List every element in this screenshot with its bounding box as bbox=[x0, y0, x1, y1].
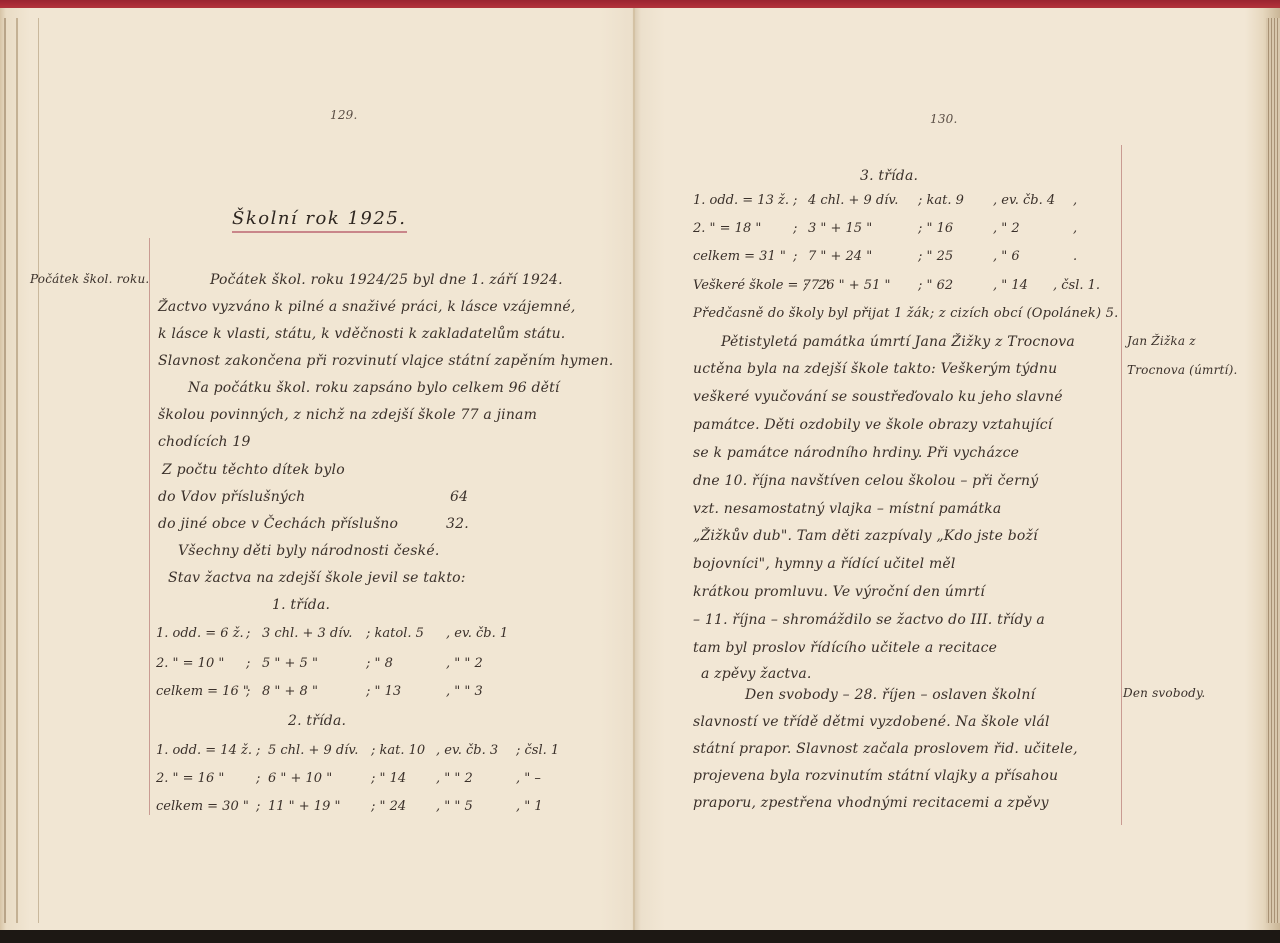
cell: Veškeré škole = 77 " bbox=[693, 278, 829, 293]
right-page: 130. 3. třída. 1. odd. = 13 ž. ; 4 chl. … bbox=[635, 8, 1280, 930]
cell: 1. odd. = 13 ž. bbox=[693, 193, 789, 208]
text-line: státní prapor. Slavnost začala proslovem… bbox=[693, 741, 1078, 757]
cell: 1. odd. = 14 ž. bbox=[156, 743, 252, 758]
cell: , " 1 bbox=[516, 799, 543, 814]
cell: 4 chl. + 9 dív. bbox=[808, 193, 898, 208]
cell: ; " 16 bbox=[918, 221, 953, 236]
cell: , ev. čb. 3 bbox=[436, 743, 498, 758]
right-margin-line bbox=[1121, 145, 1122, 825]
cell: ; " 8 bbox=[366, 656, 393, 671]
page-number-left: 129. bbox=[330, 108, 358, 122]
cell: 5 " + 5 " bbox=[262, 656, 318, 671]
left-margin-line bbox=[149, 238, 150, 815]
margin-note-freedom-day: Den svobody. bbox=[1123, 686, 1205, 700]
cell: , " 2 bbox=[993, 221, 1020, 236]
cell: . bbox=[1073, 249, 1077, 264]
left-page: 129. Školní rok 1925. Počátek škol. roku… bbox=[0, 8, 635, 930]
text-line: Žactvo vyzváno k pilné a snaživé práci, … bbox=[158, 299, 576, 315]
cell: 26 " + 51 " bbox=[818, 278, 890, 293]
cell: ; bbox=[803, 278, 807, 293]
cell: , čsl. 1. bbox=[1053, 278, 1100, 293]
cell: 8 " + 8 " bbox=[262, 684, 318, 699]
stat-value: 64 bbox=[450, 489, 468, 505]
cell: , " – bbox=[516, 771, 541, 786]
cell: ; čsl. 1 bbox=[516, 743, 559, 758]
cell: 7 " + 24 " bbox=[808, 249, 872, 264]
text-line: tam byl proslov řídícího učitele a recit… bbox=[693, 640, 997, 656]
text-line: Stav žactva na zdejší škole jevil se tak… bbox=[168, 570, 466, 586]
text-line: „Žižkův dub". Tam děti zazpívaly „Kdo js… bbox=[693, 528, 1038, 544]
text-line: Na počátku škol. roku zapsáno bylo celke… bbox=[188, 380, 560, 396]
cell: ; bbox=[246, 626, 250, 641]
text-line: bojovníci", hymny a řídící učitel měl bbox=[693, 556, 956, 572]
cell: , ev. čb. 1 bbox=[446, 626, 508, 641]
text-line: památce. Děti ozdobily ve škole obrazy v… bbox=[693, 417, 1052, 433]
text-line: – 11. října – shromáždilo se žactvo do I… bbox=[693, 612, 1045, 628]
text-line: chodících 19 bbox=[158, 434, 251, 450]
cell: celkem = 31 " bbox=[693, 249, 786, 264]
text-line: Z počtu těchto dítek bylo bbox=[162, 462, 345, 478]
cell: 2. " = 16 " bbox=[156, 771, 224, 786]
text-line: veškeré vyučování se soustřeďovalo ku je… bbox=[693, 389, 1063, 405]
text-line: Předčasně do školy byl přijat 1 žák; z c… bbox=[693, 306, 1118, 321]
book-bottom-shadow bbox=[0, 930, 1280, 943]
text-line: projevena byla rozvinutím státní vlajky … bbox=[693, 768, 1058, 784]
cell: ; bbox=[256, 743, 260, 758]
page-edge-stack-left bbox=[4, 18, 39, 923]
text-line: a zpěvy žactva. bbox=[701, 666, 812, 682]
cell: , " 6 bbox=[993, 249, 1020, 264]
cell: ; " 62 bbox=[918, 278, 953, 293]
stat-label: do jiné obce v Čechách příslušno bbox=[158, 516, 398, 532]
cell: 5 chl. + 9 dív. bbox=[268, 743, 358, 758]
class-heading: 1. třída. bbox=[272, 597, 330, 613]
cell: 3 " + 15 " bbox=[808, 221, 872, 236]
text-line: Slavnost zakončena při rozvinutí vlajce … bbox=[158, 353, 613, 369]
text-line: uctěna byla na zdejší škole takto: Veške… bbox=[693, 361, 1057, 377]
cell: 3 chl. + 3 dív. bbox=[262, 626, 352, 641]
text-line: vzt. nesamostatný vlajka – místní památk… bbox=[693, 501, 1001, 517]
text-line: Počátek škol. roku 1924/25 byl dne 1. zá… bbox=[210, 272, 563, 288]
cell: 1. odd. = 6 ž. bbox=[156, 626, 244, 641]
text-line: krátkou promluvu. Ve výroční den úmrtí bbox=[693, 584, 985, 600]
text-line: praporu, zpestřena vhodnými recitacemi a… bbox=[693, 795, 1049, 811]
cell: , bbox=[1073, 221, 1077, 236]
cell: ; " 14 bbox=[371, 771, 406, 786]
cell: , bbox=[1073, 193, 1077, 208]
open-book: 129. Školní rok 1925. Počátek škol. roku… bbox=[0, 8, 1280, 930]
cell: ; " 13 bbox=[366, 684, 401, 699]
cell: 6 " + 10 " bbox=[268, 771, 332, 786]
cell: , " " 3 bbox=[446, 684, 483, 699]
margin-note-zizka: Trocnova (úmrtí). bbox=[1127, 363, 1237, 377]
page-title: Školní rok 1925. bbox=[232, 208, 407, 233]
cell: ; bbox=[256, 799, 260, 814]
page-number-right: 130. bbox=[930, 112, 958, 126]
cell: ; bbox=[793, 221, 797, 236]
cell: ; " 25 bbox=[918, 249, 953, 264]
cell: ; bbox=[246, 656, 250, 671]
text-line: slavností ve třídě dětmi vyzdobené. Na š… bbox=[693, 714, 1050, 730]
cell: ; kat. 9 bbox=[918, 193, 964, 208]
margin-note-zizka: Jan Žižka z bbox=[1127, 334, 1196, 348]
cell: 2. " = 10 " bbox=[156, 656, 224, 671]
cell: , " " 2 bbox=[436, 771, 473, 786]
cell: , " " 5 bbox=[436, 799, 473, 814]
cell: , " 14 bbox=[993, 278, 1028, 293]
class-heading: 2. třída. bbox=[288, 713, 346, 729]
cell: , ev. čb. 4 bbox=[993, 193, 1055, 208]
cell: ; bbox=[246, 684, 250, 699]
margin-note-school-start: Počátek škol. roku. bbox=[30, 272, 149, 286]
cell: ; bbox=[793, 193, 797, 208]
cell: ; kat. 10 bbox=[371, 743, 425, 758]
cell: celkem = 16 " bbox=[156, 684, 249, 699]
stat-label: do Vdov příslušných bbox=[158, 489, 305, 505]
cell: celkem = 30 " bbox=[156, 799, 249, 814]
text-line: Den svobody – 28. říjen – oslaven školní bbox=[745, 687, 1035, 703]
text-line: k lásce k vlasti, státu, k vděčnosti k z… bbox=[158, 326, 565, 342]
cell: ; bbox=[256, 771, 260, 786]
text-line: Všechny děti byly národnosti české. bbox=[178, 543, 439, 559]
cell: 11 " + 19 " bbox=[268, 799, 340, 814]
class-heading: 3. třída. bbox=[860, 168, 918, 184]
stat-value: 32. bbox=[446, 516, 469, 532]
cell: ; bbox=[793, 249, 797, 264]
cell: ; katol. 5 bbox=[366, 626, 424, 641]
text-line: dne 10. října navštíven celou školou – p… bbox=[693, 473, 1038, 489]
text-line: se k památce národního hrdiny. Při vychá… bbox=[693, 445, 1019, 461]
cell: ; " 24 bbox=[371, 799, 406, 814]
page-edge-stack-right bbox=[1266, 18, 1280, 923]
text-line: Pětistyletá památka úmrtí Jana Žižky z T… bbox=[721, 334, 1075, 350]
cell: , " " 2 bbox=[446, 656, 483, 671]
text-line: školou povinných, z nichž na zdejší škol… bbox=[158, 407, 537, 423]
cell: 2. " = 18 " bbox=[693, 221, 761, 236]
